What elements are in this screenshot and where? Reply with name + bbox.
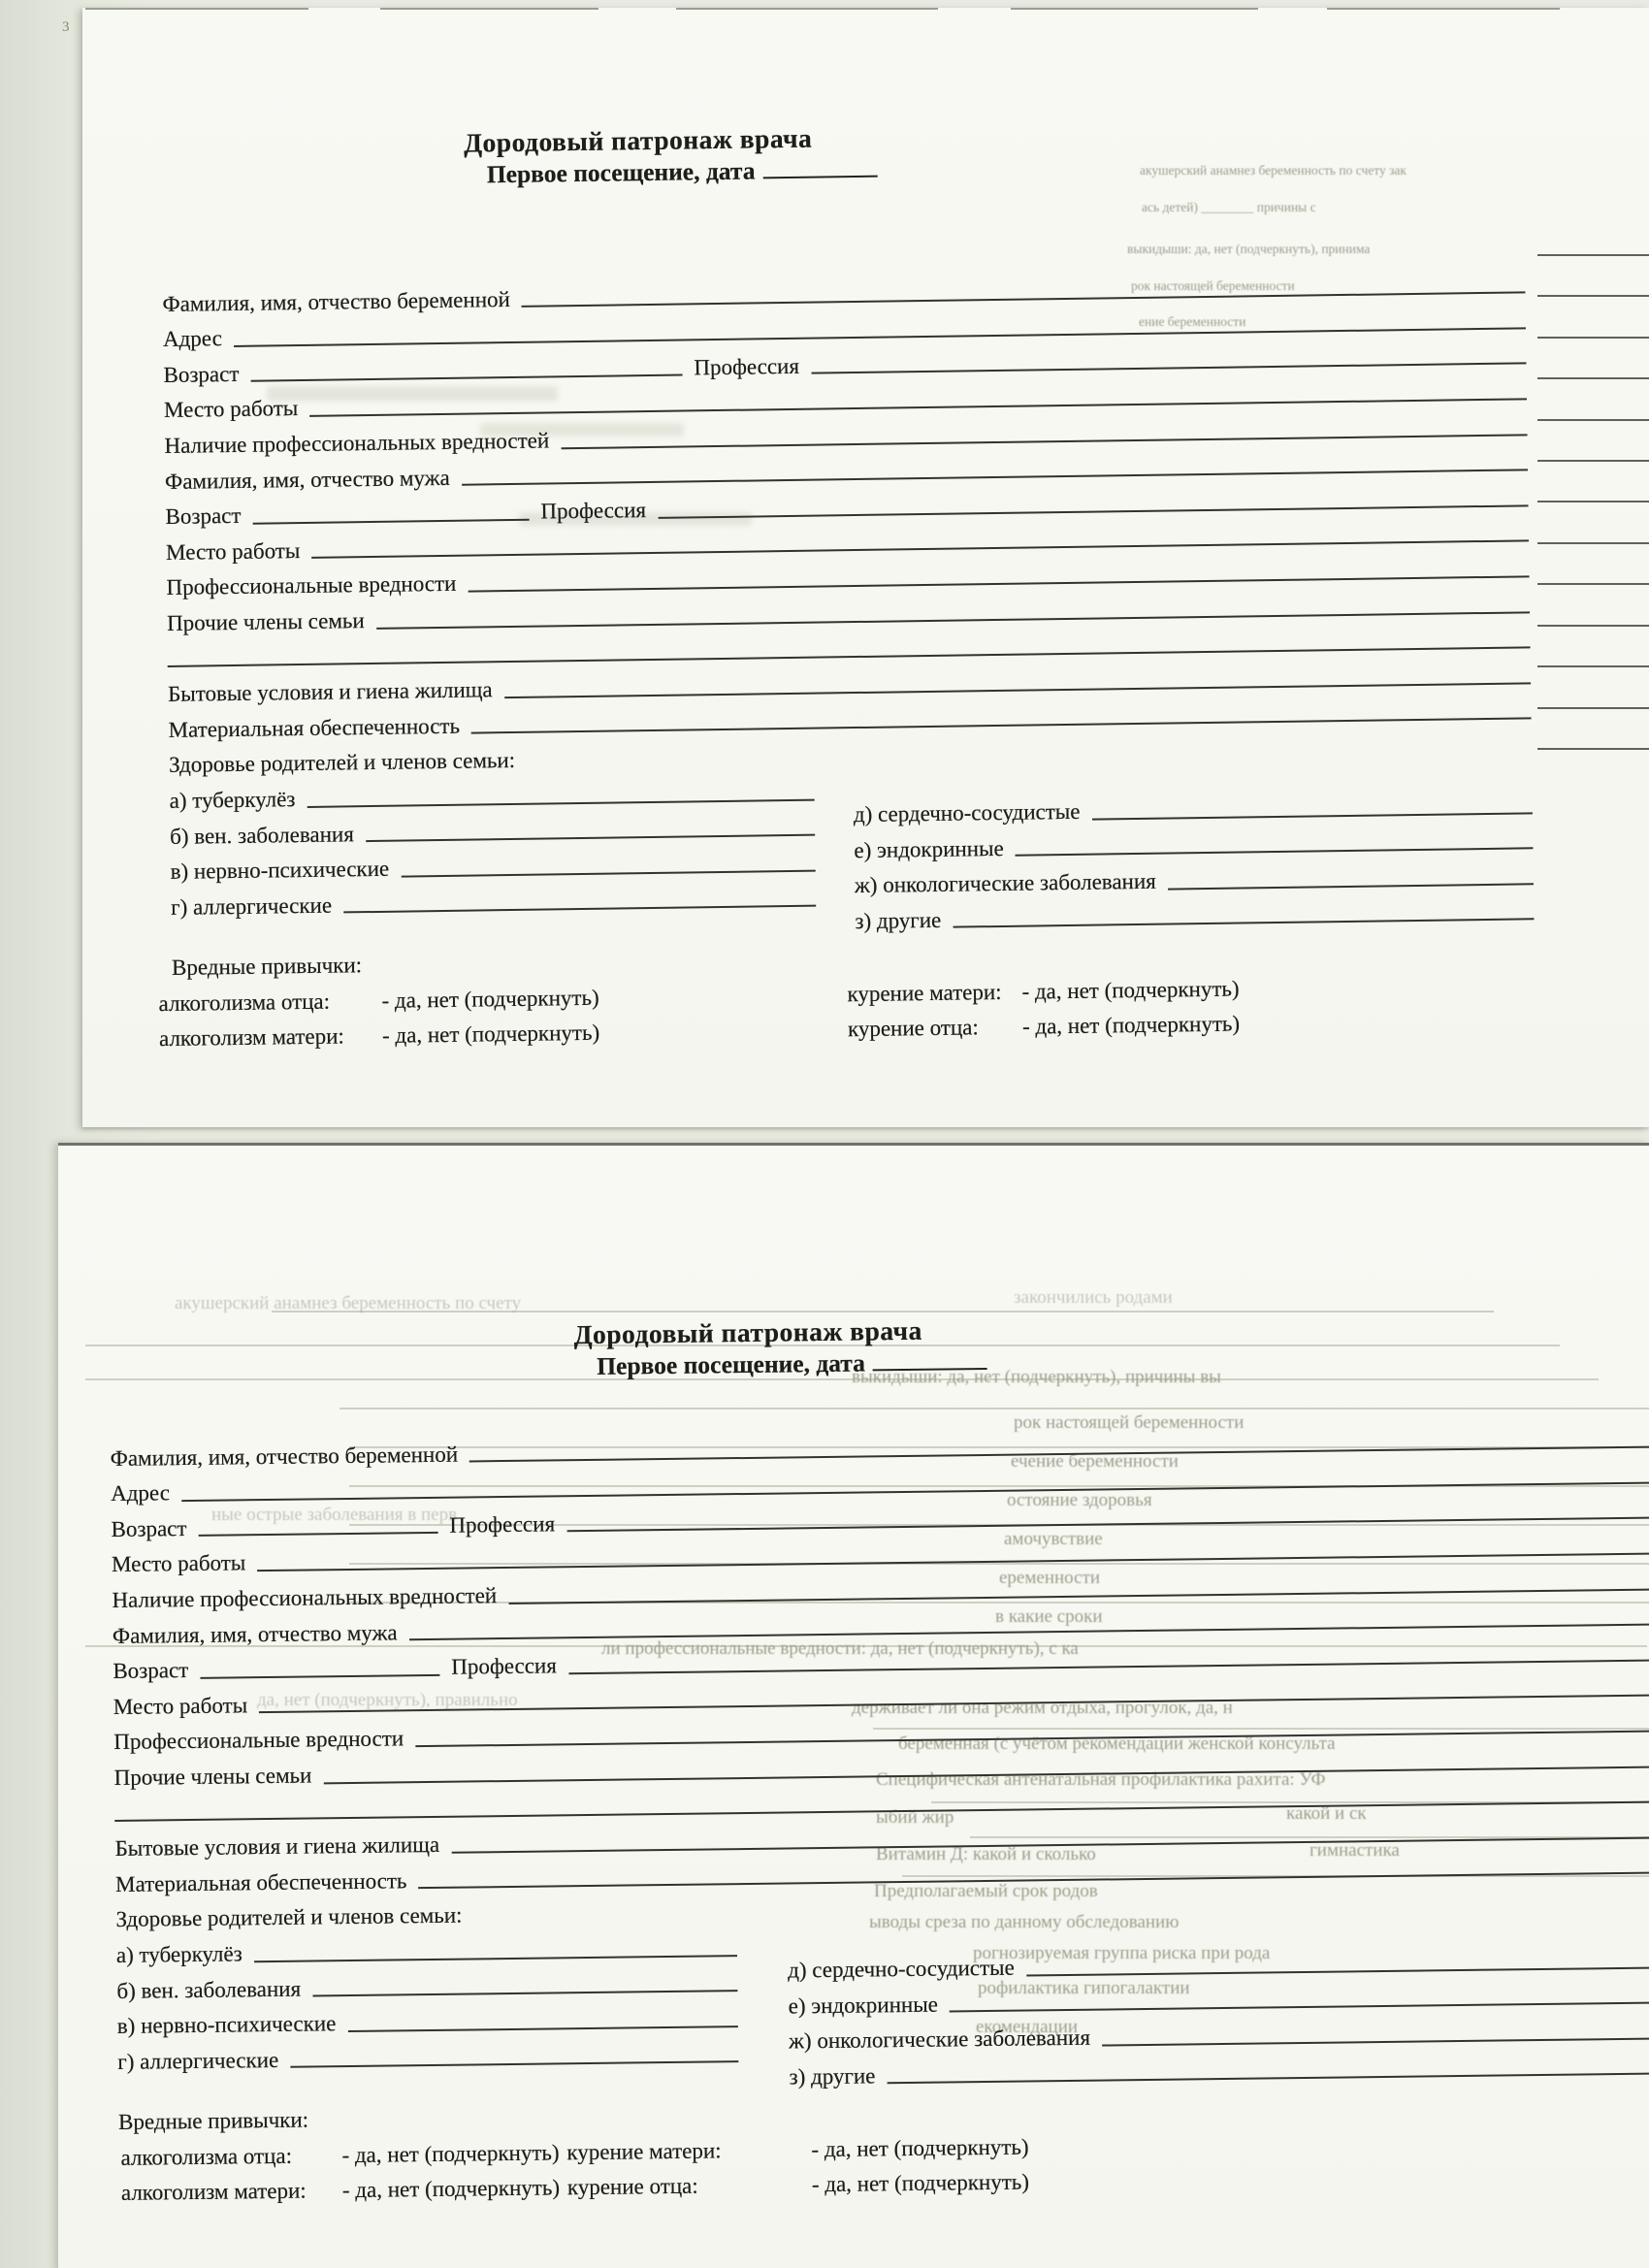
health-right-column: д) сердечно-сосудистые е) эндокринные ж)… [788, 1937, 1649, 2090]
bleed-line [380, 8, 598, 10]
form-content: Дородовый патронаж врача Первое посещени… [160, 112, 1536, 1052]
bleed-line-stub [1537, 707, 1649, 709]
habit-choice: - да, нет (подчеркнуть) [342, 2174, 567, 2203]
habit-label: алкоголизма отца: [120, 2142, 341, 2171]
field-row-allergic: г) аллергические [117, 2032, 738, 2075]
bleedthrough-text: акушерский анамнез беременность по счету [175, 1293, 521, 1314]
bleed-line-stub [1537, 460, 1649, 462]
field-line [343, 905, 816, 914]
field-line [953, 919, 1534, 928]
field-line [199, 1532, 438, 1537]
habit-choice: - да, нет (подчеркнуть) [341, 2139, 566, 2168]
bleed-line-stub [1537, 665, 1649, 667]
field-line [290, 2060, 738, 2068]
bleed-line-stub [1537, 295, 1649, 297]
bleed-line-stub [1537, 748, 1649, 750]
family-health-grid: а) туберкулёз б) вен. заболевания в) нер… [169, 760, 1534, 946]
scan-artifact-mark: 3 [62, 19, 70, 36]
bleedthrough-text: закончились родами [1014, 1287, 1173, 1309]
bleed-line-stub [1537, 625, 1649, 627]
habit-label: алкоголизма отца: [158, 987, 381, 1017]
form-page-1: акушерский анамнез беременность по счету… [82, 8, 1649, 1127]
health-left-column: а) туберкулёз б) вен. заболевания в) нер… [169, 770, 816, 922]
bleed-line-stub [1537, 542, 1649, 544]
subtitle-label: Первое посещение, дата [597, 1348, 865, 1379]
bleed-line [676, 8, 938, 10]
field-line [1168, 883, 1534, 890]
habit-label: курение матери: [566, 2136, 811, 2166]
habit-label: курение матери: [847, 978, 1021, 1007]
habit-label: алкоголизм матери: [159, 1022, 382, 1053]
bleed-line-stub [1537, 254, 1649, 256]
scanned-document: 3 акушерский анамнез беременность по сче… [0, 0, 1649, 2268]
habit-label: курение отца: [567, 2171, 812, 2201]
bleed-line-stub [1537, 583, 1649, 585]
bleed-line-stub [1537, 501, 1649, 502]
bleed-line [85, 8, 308, 10]
health-right-column: д) сердечно-сосудистые е) эндокринные ж)… [854, 783, 1535, 934]
bleed-line-stub [1537, 419, 1649, 421]
bleed-line-stub [1537, 377, 1649, 379]
habit-label: курение отца: [848, 1014, 1022, 1043]
form-content: Дородовый патронаж врача Первое посещени… [109, 1306, 1649, 2207]
field-line [200, 1674, 439, 1679]
field-line [401, 869, 815, 877]
form-page-2: акушерский анамнез беременность по счету… [58, 1143, 1649, 2268]
subtitle-label: Первое посещение, дата [487, 156, 756, 188]
field-line [312, 1990, 737, 1996]
field-line [347, 2025, 737, 2032]
habit-label: алкоголизм матери: [121, 2177, 342, 2206]
health-left-column: а) туберкулёз б) вен. заболевания в) нер… [116, 1926, 739, 2075]
bleed-line-stub [1537, 337, 1649, 339]
family-health-grid: а) туберкулёз б) вен. заболевания в) нер… [116, 1914, 1649, 2099]
field-line [253, 518, 530, 524]
date-field-line [873, 1368, 987, 1371]
field-line [254, 1955, 737, 1962]
bleed-line [1327, 8, 1560, 10]
date-field-line [763, 176, 878, 179]
bleed-line [1011, 8, 1258, 10]
field-line [887, 2073, 1649, 2085]
